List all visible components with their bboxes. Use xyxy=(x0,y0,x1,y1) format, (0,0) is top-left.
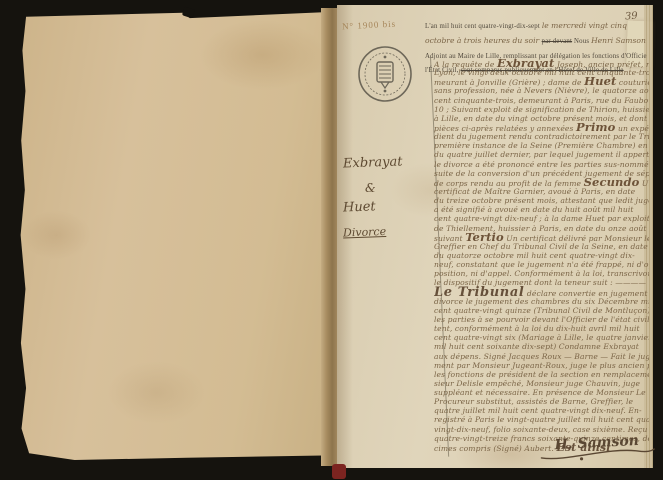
text-line: de corps rendu au profit de la femme Sec… xyxy=(434,178,649,187)
act-number-stamp: N° 1900 bis xyxy=(342,19,397,32)
text-line: le divorce a été prononcé entre les part… xyxy=(434,160,649,169)
seal-icon xyxy=(356,44,414,104)
text-line: 10 ; Suivant exploit de signification de… xyxy=(434,105,649,114)
text-line: Le Tribunal déclare convertie en jugemen… xyxy=(434,288,649,297)
text-line: L'an mil huit cent quatre-vingt-dix-sept… xyxy=(425,18,647,33)
text-line: Procureur substitut, assistés de Barne, … xyxy=(434,397,649,406)
official-seal-stamp xyxy=(356,44,414,104)
text-line: quatre juillet mil huit cent quatre-ving… xyxy=(434,406,649,415)
text-line: les parties à se pourvoir devant l'Offic… xyxy=(434,315,649,324)
officer-signature: H. Samson xyxy=(536,432,657,464)
margin-entry: Huet xyxy=(343,198,427,216)
act-body-text: A la requête de Exbrayat Joseph, ancien … xyxy=(434,59,649,454)
text-line: divorce le jugement des chambres du six … xyxy=(434,297,649,306)
text-line: meurant à Jonville (Grière) ; dame de Hu… xyxy=(434,77,649,86)
text-line: vingt-dix-neuf, folio soixante-deux, cas… xyxy=(434,425,649,434)
margin-annotations: Exbrayat&HuetDivorce xyxy=(343,155,427,238)
margin-entry: Divorce xyxy=(343,224,427,240)
text-line: suivant Tertio Un certificat délivré par… xyxy=(434,233,649,242)
text-line: ment par Monsieur Jugeant-Roux, juge le … xyxy=(434,361,649,370)
text-line: suppléant et nécessaire. En présence de … xyxy=(434,388,649,397)
text-line: A la requête de Exbrayat Joseph, ancien … xyxy=(434,59,649,68)
text-line: les fonctions de président de la section… xyxy=(434,370,649,379)
text-line: pièces ci-après relatées y annexées Prim… xyxy=(434,123,649,132)
register-act-page: 39 N° 1900 bis L'an mil huit cent quatre… xyxy=(337,5,653,468)
text-line: sieur Delisle empêché, Monsieur juge Cha… xyxy=(434,379,649,388)
text-line: dient du jugement rendu contradictoireme… xyxy=(434,132,649,141)
text-line: aux dépens. Signé Jacques Roux — Barne —… xyxy=(434,352,649,361)
text-line: cent quatre-vingt six (Mariage à Lille, … xyxy=(434,333,649,342)
text-line: du treize octobre présent mois, attestan… xyxy=(434,196,649,205)
text-line: du quatre juillet dernier, par lequel ju… xyxy=(434,150,649,159)
text-line: tent, conformément à la loi du dix-huit … xyxy=(434,324,649,333)
text-line: position, ni d'appel. Conformément à la … xyxy=(434,269,649,278)
text-line: première instance de la Seine (Première … xyxy=(434,141,649,150)
text-line: à Lille, en date du vingt octobre présen… xyxy=(434,114,649,123)
book-gutter xyxy=(321,8,337,466)
binding-red-mark xyxy=(332,464,346,479)
text-line: neuf, constatant que le jugement n'a été… xyxy=(434,260,649,269)
text-line: Lyon, le vingt deux octobre mil huit cen… xyxy=(434,68,649,77)
text-line: sans profession, née à Nevers (Nièvre), … xyxy=(434,86,649,95)
register-book-scan: 39 N° 1900 bis L'an mil huit cent quatre… xyxy=(0,0,663,480)
text-line: cent quatre-vingt quinze (Tribunal Civil… xyxy=(434,306,649,315)
margin-entry: & xyxy=(365,181,427,195)
text-line: certificat de Maître Garnier, avoué à Pa… xyxy=(434,187,649,196)
text-line: du quatorze octobre mil huit cent quatre… xyxy=(434,251,649,260)
text-line: registré à Paris le vingt-quatre juillet… xyxy=(434,415,649,424)
margin-entry: Exbrayat xyxy=(343,154,427,172)
text-line: cent cinquante-trois, demeurant à Paris,… xyxy=(434,96,649,105)
left-blank-page xyxy=(20,10,323,460)
text-line: mil huit cent soixante dix-sept) Condamn… xyxy=(434,342,649,351)
text-line: a été signifié à avoué en date du huit a… xyxy=(434,205,649,214)
text-line: octobre à trois heures du soir par devan… xyxy=(425,33,647,48)
text-line: Greffier en Chef du Tribunal Civil de la… xyxy=(434,242,649,251)
text-line: cent quatre-vingt dix-neuf ; à la dame H… xyxy=(434,214,649,223)
